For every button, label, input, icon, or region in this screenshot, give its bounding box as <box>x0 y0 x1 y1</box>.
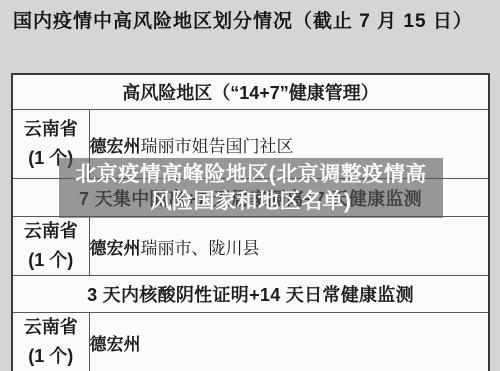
section-header: 高风险地区（“14+7”健康管理） <box>12 74 489 110</box>
caption-line-1: 北京疫情高峰险地区(北京调整疫情高 <box>75 161 427 188</box>
risk-area-table: 高风险地区（“14+7”健康管理） 云南省 (1 个) 德宏州瑞丽市姐告国门社区… <box>11 73 490 371</box>
policy-text: 3 天内核酸阴性证明+14 天日常健康监测 <box>12 276 489 313</box>
caption-overlay: 北京疫情高峰险地区(北京调整疫情高 风险国家和地区名单) <box>59 158 443 218</box>
table-row-section-header: 高风险地区（“14+7”健康管理） <box>12 74 489 110</box>
province-name: 云南省 <box>13 217 89 246</box>
prefecture-name: 德宏州 <box>90 137 141 156</box>
screenshot-canvas: 国内疫情中高风险地区划分情况（截止 7 月 15 日） 高风险地区（“14+7”… <box>0 0 500 371</box>
area-detail: 瑞丽市、陇川县 <box>141 239 260 258</box>
prefecture-name: 德宏州 <box>90 239 141 258</box>
caption-line-2: 风险国家和地区名单) <box>151 188 352 215</box>
area-cell: 德宏州瑞丽市、陇川县 <box>89 217 489 276</box>
table-row: 云南省 (1 个) 德宏州 <box>12 313 489 371</box>
province-cell: 云南省 (1 个) <box>12 217 89 276</box>
province-name: 云南省 <box>13 115 89 144</box>
province-name: 云南省 <box>13 313 89 342</box>
table-row: 云南省 (1 个) 德宏州瑞丽市、陇川县 <box>12 217 489 276</box>
province-count: (1 个) <box>13 246 89 275</box>
table-row: 3 天内核酸阴性证明+14 天日常健康监测 <box>12 276 489 313</box>
prefecture-name: 德宏州 <box>90 335 141 354</box>
area-cell: 德宏州 <box>89 313 489 371</box>
area-detail: 瑞丽市姐告国门社区 <box>141 137 294 156</box>
province-count: (1 个) <box>13 342 89 371</box>
province-cell: 云南省 (1 个) <box>12 313 89 371</box>
page-title: 国内疫情中高风险地区划分情况（截止 7 月 15 日） <box>13 6 473 33</box>
